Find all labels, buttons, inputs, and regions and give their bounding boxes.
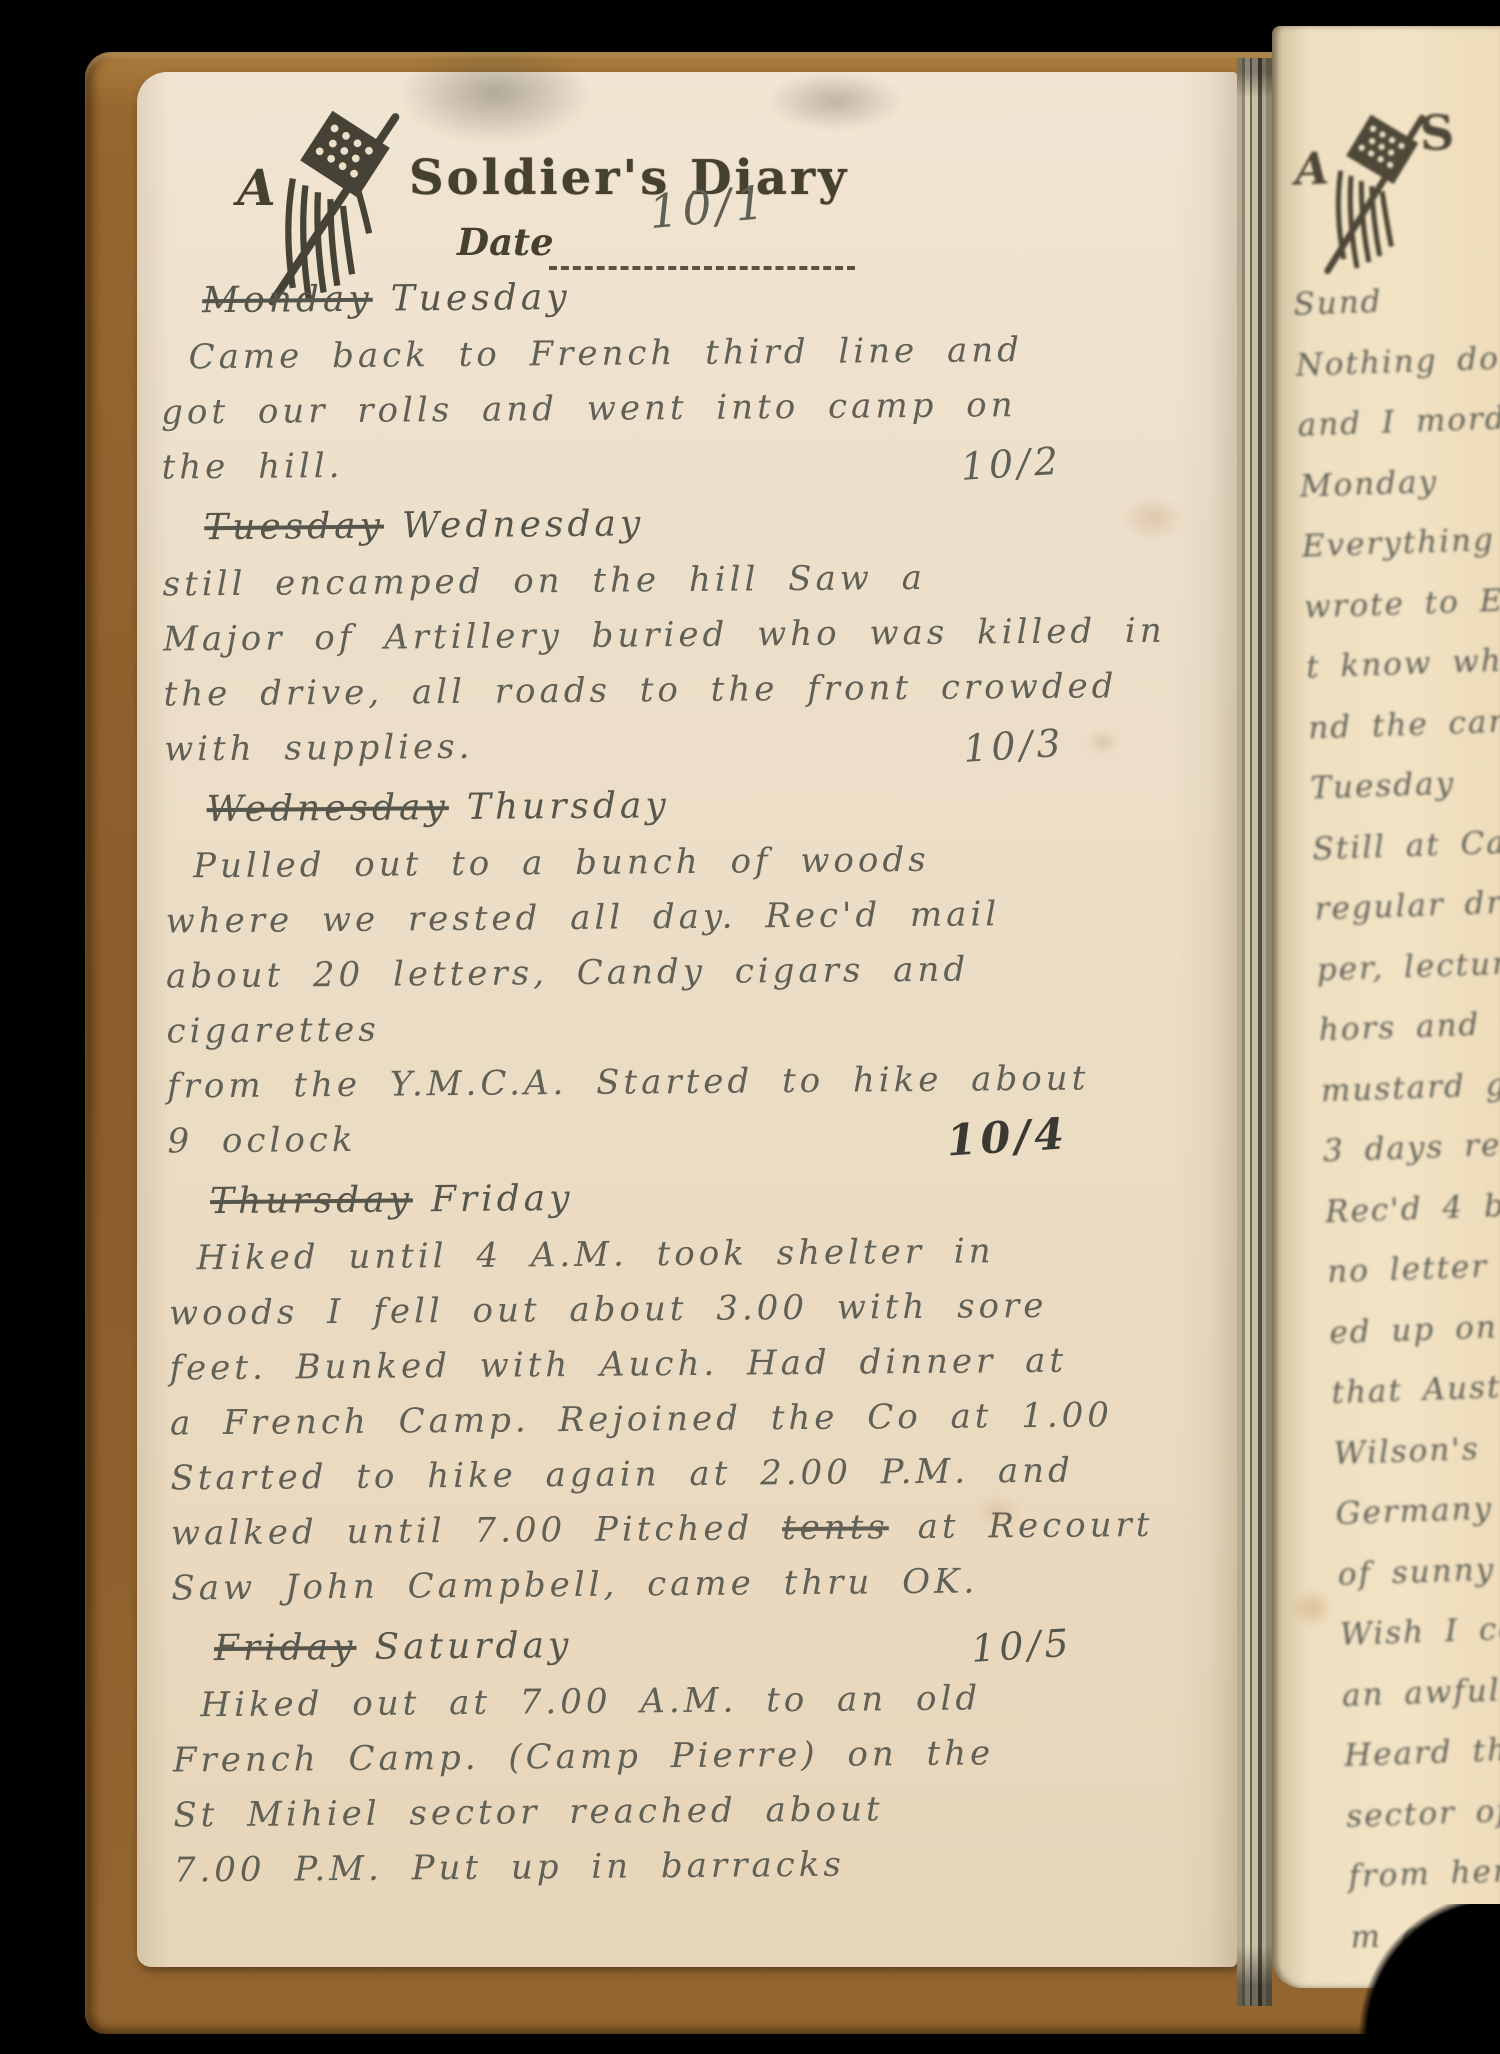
diary-line: Saw John Campbell, came thru OK. xyxy=(171,1552,1211,1616)
diary-line: the drive, all roads to the front crowde… xyxy=(163,658,1203,722)
entry-date-10-5: 10/5 xyxy=(969,1605,1213,1678)
diary-line: where we rested all day. Rec'd mail xyxy=(165,885,1205,949)
diary-line: still encamped on the hill Saw a xyxy=(162,548,1202,612)
line-part: at Recourt xyxy=(889,1505,1154,1547)
entry-heading-tuesday: Monday Tuesday xyxy=(160,263,1200,330)
line-part: walked until 7.00 Pitched xyxy=(171,1508,782,1553)
diary-title: Soldier's Diary xyxy=(409,150,849,206)
entry-day: Wednesday xyxy=(402,495,645,555)
photo-black-corner xyxy=(1330,1904,1500,2034)
struck-day: Thursday xyxy=(210,1171,413,1231)
diary-line: Pulled out to a bunch of woods xyxy=(165,830,1205,894)
diary-line: 9 oclock 10/4 xyxy=(167,1105,1207,1169)
entry-day: Friday xyxy=(431,1170,574,1229)
diary-line: got our rolls and went into camp on xyxy=(161,376,1201,440)
struck-day: Monday xyxy=(202,271,373,330)
diary-entries: Monday Tuesday Came back to French third… xyxy=(160,259,1214,1898)
diary-line: a French Camp. Rejoined the Co at 1.00 xyxy=(170,1387,1210,1451)
diary-line: with supplies. 10/3 xyxy=(164,713,1204,777)
diary-line: woods I fell out about 3.00 with sore xyxy=(169,1277,1209,1341)
diary-left-page: A Soldier's Diary Date 10/1 Monday Tue xyxy=(137,72,1237,1967)
book-gutter-page-edges xyxy=(1237,58,1272,2006)
diary-line: French Camp. (Camp Pierre) on the xyxy=(173,1724,1213,1788)
diary-line: Hiked until 4 A.M. took shelter in xyxy=(168,1222,1208,1286)
diary-photo: { "page_header": { "prefix_a": "A", "tit… xyxy=(0,0,1500,2054)
entry-heading-wednesday: Tuesday Wednesday xyxy=(162,490,1202,557)
struck-day: Tuesday xyxy=(204,498,384,558)
diary-line: Came back to French third line and xyxy=(160,321,1200,385)
entry-day: Tuesday xyxy=(391,269,571,329)
struck-day: Friday xyxy=(214,1619,357,1678)
struck-day: Wednesday xyxy=(206,779,449,839)
diary-line: from the Y.M.C.A. Started to hike about xyxy=(167,1050,1207,1114)
diary-line: Major of Artillery buried who was killed… xyxy=(163,603,1203,667)
diary-line: 7.00 P.M. Put up in barracks xyxy=(174,1834,1214,1898)
right-page-blurred-content: A S Sund Nothing doing on and I mord. in… xyxy=(1272,26,1500,1988)
date-label: Date xyxy=(457,220,554,264)
diary-line: Started to hike again at 2.00 P.M. and xyxy=(170,1442,1210,1506)
diary-line: Hiked out at 7.00 A.M. to an old xyxy=(172,1669,1212,1733)
diary-right-page: A S Sund Nothing doing on and I mord. in… xyxy=(1272,26,1500,1988)
entry-heading-saturday: Friday Saturday 10/5 xyxy=(172,1611,1212,1678)
diary-line: the hill. 10/2 xyxy=(161,431,1201,495)
diary-line: walked until 7.00 Pitched tents at Recou… xyxy=(171,1497,1211,1561)
entry-date-10-4: 10/4 xyxy=(945,1099,1209,1170)
struck-word-tents: tents xyxy=(782,1507,889,1548)
entry-date-10-2: 10/2 xyxy=(959,425,1203,495)
entry-date-10-3: 10/3 xyxy=(961,707,1205,777)
entry-heading-thursday: Wednesday Thursday xyxy=(164,772,1204,839)
right-page-text-fragments: Sund Nothing doing on and I mord. in Mon… xyxy=(1292,263,1500,1968)
entry-day: Thursday xyxy=(467,777,670,837)
diary-line: feet. Bunked with Auch. Had dinner at xyxy=(169,1332,1209,1396)
entry-day: Saturday xyxy=(374,1617,572,1677)
date-handwritten-value: 10/1 xyxy=(647,175,771,239)
diary-line: St Mihiel sector reached about xyxy=(173,1779,1213,1843)
entry-heading-friday: Thursday Friday xyxy=(168,1164,1208,1231)
right-header-partial-title: S xyxy=(1419,105,1456,162)
diary-line: about 20 letters, Candy cigars and cigar… xyxy=(166,940,1207,1059)
